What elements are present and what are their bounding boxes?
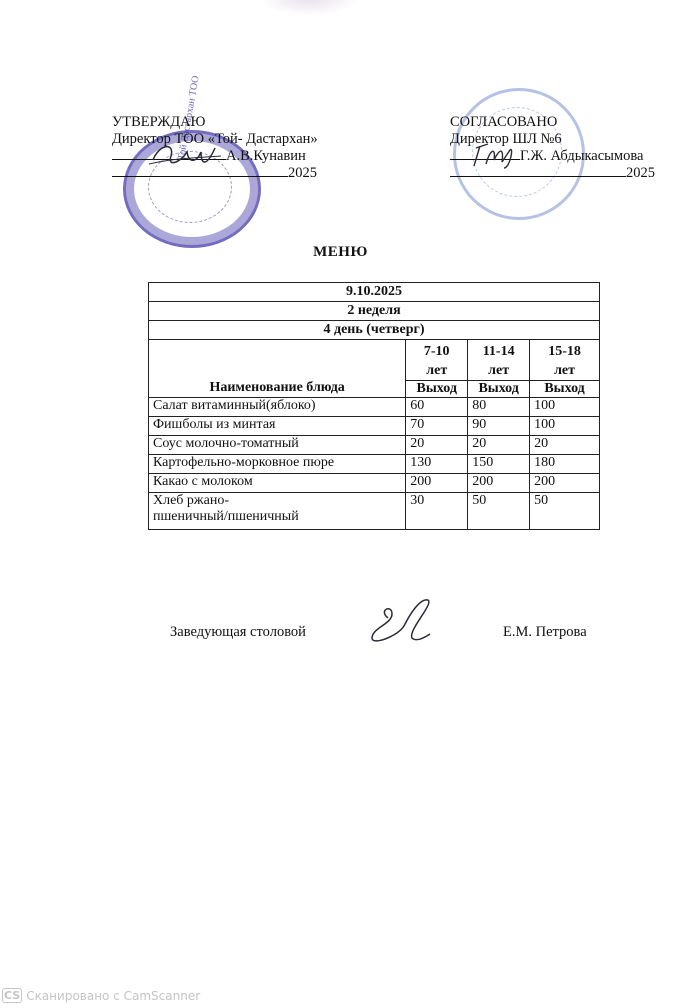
portion-value: 180 xyxy=(530,455,600,474)
output-header: Выход xyxy=(406,381,468,398)
watermark-text: Сканировано с CamScanner xyxy=(26,989,200,1003)
approve-heading: УТВЕРЖДАЮ xyxy=(112,114,318,131)
portion-value: 100 xyxy=(530,398,600,417)
camscanner-watermark: CS Сканировано с CamScanner xyxy=(2,988,200,1003)
table-row: Картофельно-морковное пюре 130 150 180 xyxy=(149,455,600,474)
dish-name: Картофельно-морковное пюре xyxy=(149,455,406,474)
dish-name: Хлеб ржано-пшеничный/пшеничный xyxy=(149,493,406,530)
document-title: МЕНЮ xyxy=(0,244,681,261)
portion-value: 50 xyxy=(468,493,530,530)
footer-role: Заведующая столовой xyxy=(170,624,306,641)
age-group-header: 15-18лет xyxy=(530,340,600,381)
table-row: Хлеб ржано-пшеничный/пшеничный 30 50 50 xyxy=(149,493,600,530)
agree-name: Г.Ж. Абдыкасымова xyxy=(520,148,643,164)
portion-value: 150 xyxy=(468,455,530,474)
portion-value: 130 xyxy=(406,455,468,474)
output-header: Выход xyxy=(468,381,530,398)
portion-value: 60 xyxy=(406,398,468,417)
portion-value: 200 xyxy=(530,474,600,493)
scan-artifact xyxy=(260,0,360,16)
dish-column-header: Наименование блюда xyxy=(149,340,406,398)
menu-week: 2 неделя xyxy=(149,302,600,321)
footer-name: Е.М. Петрова xyxy=(503,624,587,641)
agree-block: СОГЛАСОВАНО Директор ШЛ №6 Г.Ж. Абдыкасы… xyxy=(450,114,655,182)
age-group-header: 7-10лет xyxy=(406,340,468,381)
output-header: Выход xyxy=(530,381,600,398)
approve-position: Директор ТОО «Той- Дастархан» xyxy=(112,131,318,148)
portion-value: 80 xyxy=(468,398,530,417)
approve-block: УТВЕРЖДАЮ Директор ТОО «Той- Дастархан» … xyxy=(112,114,318,182)
signature-canteen-head xyxy=(368,596,438,646)
table-row: Соус молочно-томатный 20 20 20 xyxy=(149,436,600,455)
approve-year: 2025 xyxy=(288,165,317,181)
portion-value: 50 xyxy=(530,493,600,530)
dish-name: Соус молочно-томатный xyxy=(149,436,406,455)
portion-value: 100 xyxy=(530,417,600,436)
dish-name: Салат витаминный(яблоко) xyxy=(149,398,406,417)
portion-value: 70 xyxy=(406,417,468,436)
portion-value: 200 xyxy=(468,474,530,493)
table-row: Салат витаминный(яблоко) 60 80 100 xyxy=(149,398,600,417)
menu-date: 9.10.2025 xyxy=(149,283,600,302)
agree-year: 2025 xyxy=(626,165,655,181)
portion-value: 30 xyxy=(406,493,468,530)
approve-name: А.В.Кунавин xyxy=(226,148,306,164)
menu-table: 9.10.2025 2 неделя 4 день (четверг) Наим… xyxy=(148,282,600,530)
table-row: Фишболы из минтая 70 90 100 xyxy=(149,417,600,436)
portion-value: 90 xyxy=(468,417,530,436)
menu-day: 4 день (четверг) xyxy=(149,321,600,340)
table-row: Какао с молоком 200 200 200 xyxy=(149,474,600,493)
dish-name: Фишболы из минтая xyxy=(149,417,406,436)
portion-value: 20 xyxy=(530,436,600,455)
agree-heading: СОГЛАСОВАНО xyxy=(450,114,655,131)
portion-value: 20 xyxy=(406,436,468,455)
camscanner-logo-icon: CS xyxy=(2,988,22,1003)
portion-value: 200 xyxy=(406,474,468,493)
age-group-header: 11-14лет xyxy=(468,340,530,381)
dish-name: Какао с молоком xyxy=(149,474,406,493)
agree-position: Директор ШЛ №6 xyxy=(450,131,655,148)
portion-value: 20 xyxy=(468,436,530,455)
